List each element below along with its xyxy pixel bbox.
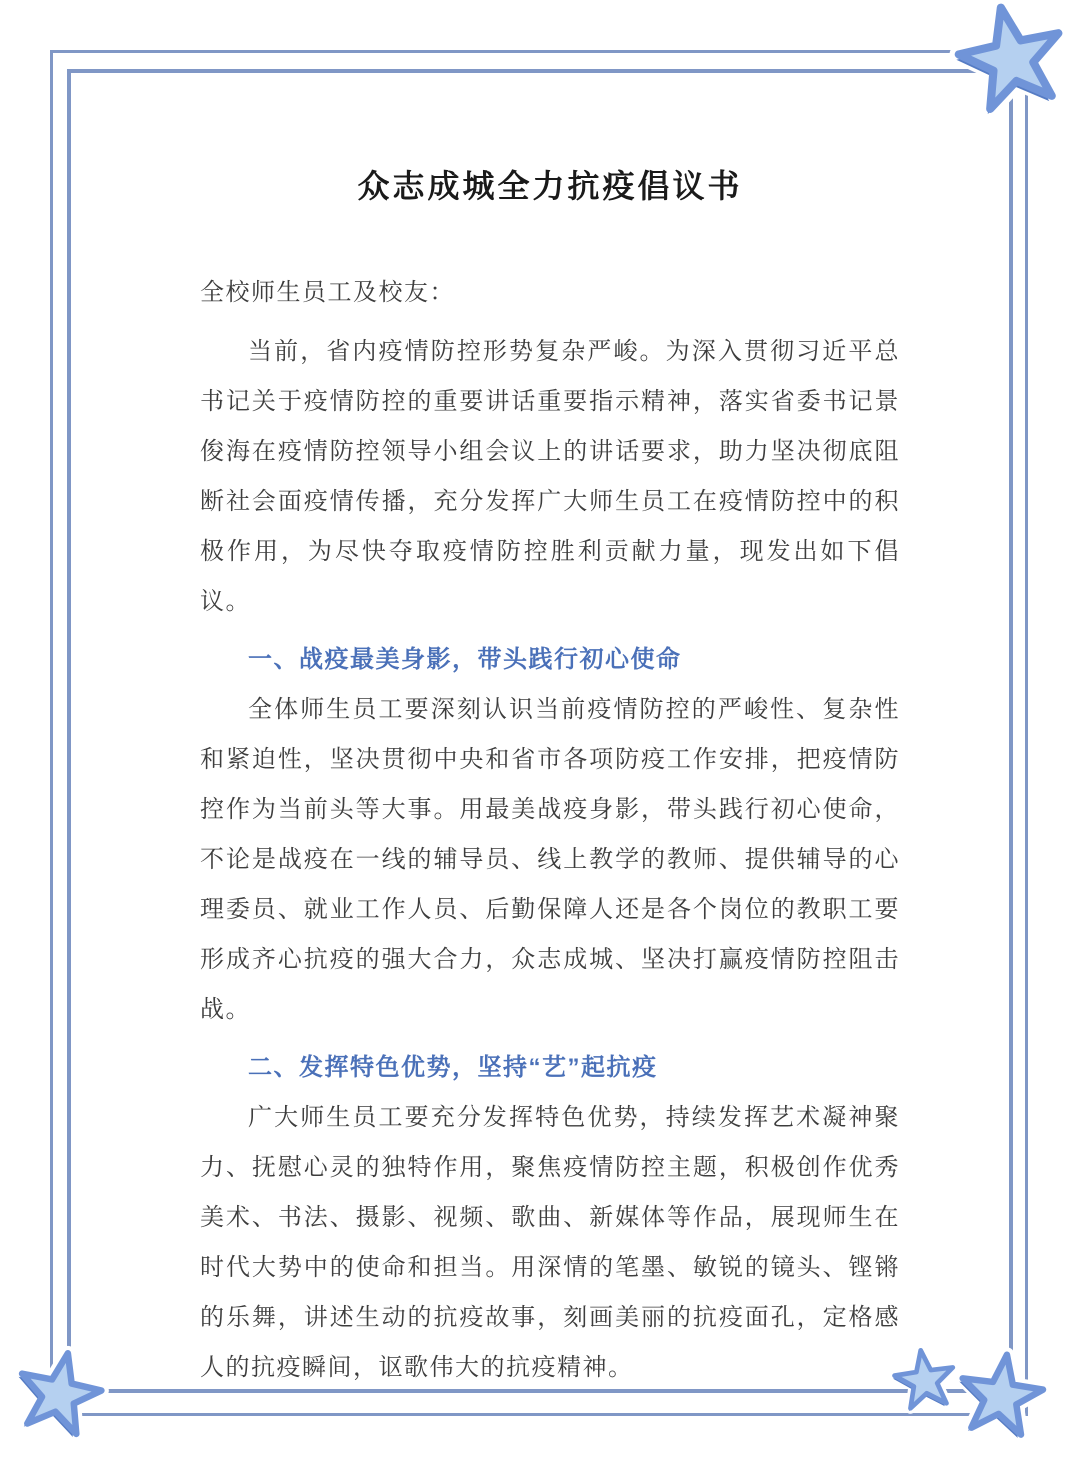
star-icon (0, 1335, 119, 1456)
document-page: 众志成城全力抗疫倡议书 全校师生员工及校友： 当前，省内疫情防控形势复杂严峻。为… (0, 0, 1080, 1466)
paragraph-section-1: 全体师生员工要深刻认识当前疫情防控的严峻性、复杂性和紧迫性，坚决贯彻中央和省市各… (200, 685, 900, 1035)
document-content: 众志成城全力抗疫倡议书 全校师生员工及校友： 当前，省内疫情防控形势复杂严峻。为… (200, 0, 900, 1393)
section-heading-1: 一、战疫最美身影，带头践行初心使命 (200, 635, 900, 685)
section-heading-2: 二、发挥特色优势，坚持“艺”起抗疫 (200, 1043, 900, 1093)
paragraph-section-2: 广大师生员工要充分发挥特色优势，持续发挥艺术凝神聚力、抚慰心灵的独特作用，聚焦疫… (200, 1093, 900, 1393)
star-icon (936, 0, 1080, 136)
paragraph-intro: 当前，省内疫情防控形势复杂严峻。为深入贯彻习近平总书记关于疫情防控的重要讲话重要… (200, 327, 900, 627)
star-icon (943, 1339, 1058, 1454)
salutation-line: 全校师生员工及校友： (200, 268, 900, 318)
page-title: 众志成城全力抗疫倡议书 (200, 166, 900, 206)
